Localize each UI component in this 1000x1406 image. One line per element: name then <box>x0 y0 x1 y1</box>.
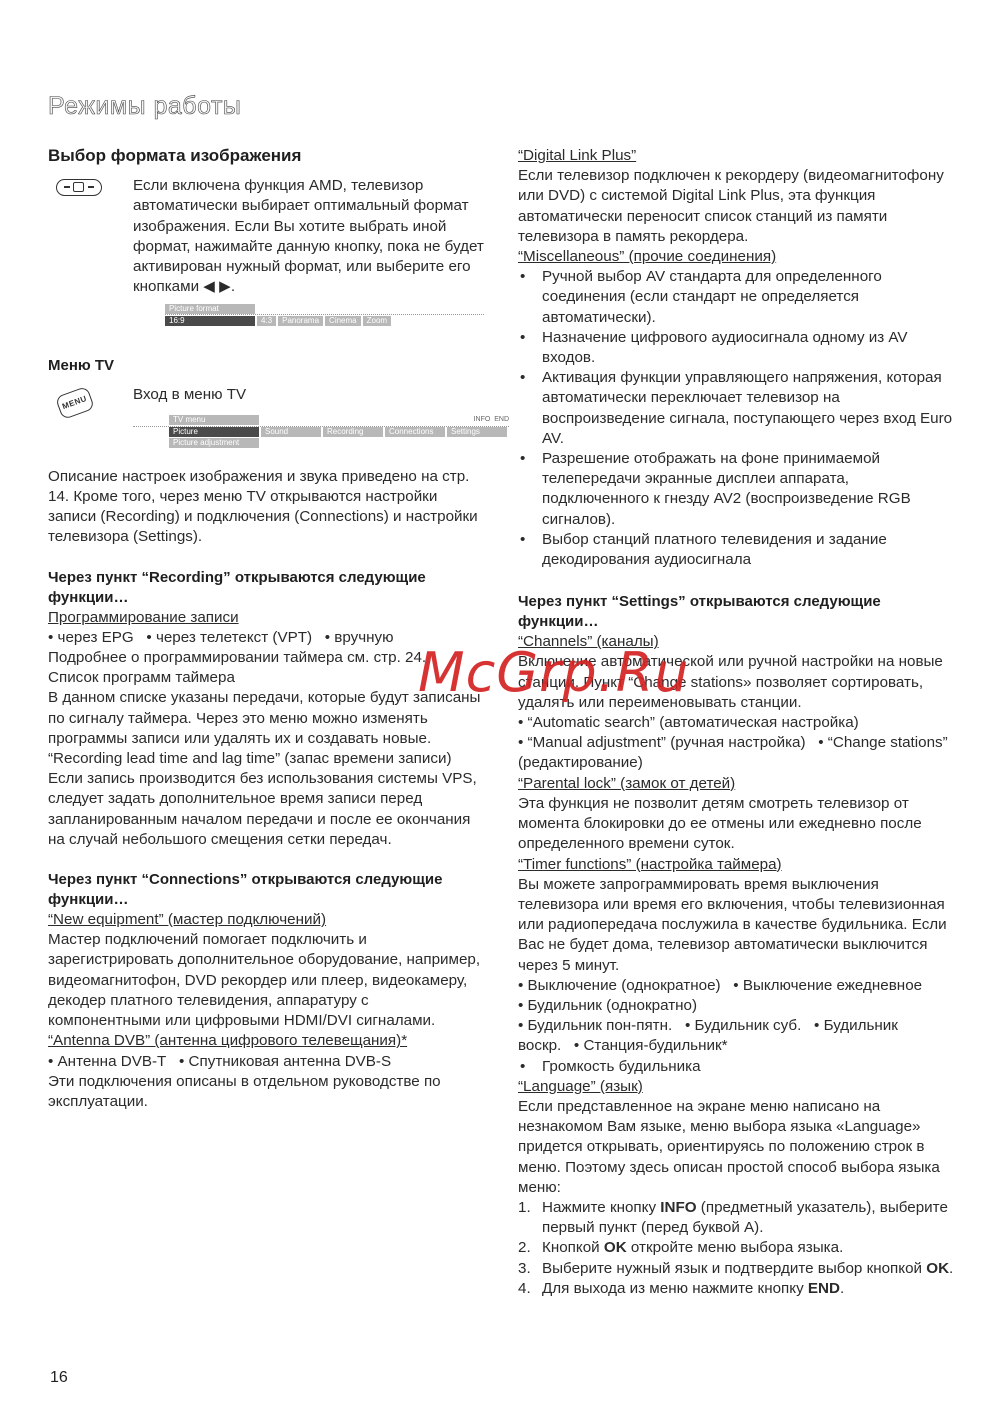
antenna-text: Эти подключения описаны в отдельном руко… <box>48 1072 484 1112</box>
key-name: OK <box>604 1239 627 1256</box>
timer-item: Выключение ежедневное <box>733 977 922 994</box>
osd-menu-tab: Settings <box>447 427 507 437</box>
tv-menu-description: Описание настроек изображения и звука пр… <box>48 467 484 548</box>
timer-item: Выключение (однократное) <box>518 977 721 994</box>
tv-menu-heading: Меню TV <box>48 356 484 376</box>
tv-menu-block: MENU Вход в меню TV TV menu INFO END Pic… <box>48 385 484 449</box>
new-equipment-title: “New equipment” (мастер подключений) <box>48 910 484 930</box>
misc-list: Ручной выбор AV стандарта для определенн… <box>518 267 958 570</box>
key-name: OK <box>926 1260 949 1277</box>
osd-format-option: 16:9 <box>165 316 255 326</box>
antenna-item: Спутниковая антенна DVB-S <box>179 1053 391 1070</box>
digital-link-title: “Digital Link Plus” <box>518 146 958 166</box>
osd-menu-tab: Sound <box>261 427 321 437</box>
parental-text: Эта функция не позволит детям смотреть т… <box>518 794 958 855</box>
misc-item: Ручной выбор AV стандарта для определенн… <box>518 267 958 328</box>
picture-format-osd: Picture format 16:94:3PanoramaCinemaZoom <box>165 303 484 326</box>
lead-lag-title: “Recording lead time and lag time” (запа… <box>48 749 484 769</box>
timer-title: “Timer functions” (настройка таймера) <box>518 855 958 875</box>
misc-title: “Miscellaneous” (прочие соединения) <box>518 247 958 267</box>
digital-link-text: Если телевизор подключен к рекордеру (ви… <box>518 166 958 247</box>
recording-heading: Через пункт “Recording” открываются след… <box>48 568 484 608</box>
step-number: 2. <box>518 1238 531 1258</box>
tv-menu-text: Вход в меню TV <box>133 385 509 405</box>
language-step: 3.Выберите нужный язык и подтвердите выб… <box>518 1259 958 1279</box>
timer-row-2: Будильник (однократно) <box>518 996 958 1016</box>
picture-format-button-icon <box>56 179 102 196</box>
osd-info-hint: INFO <box>474 416 491 423</box>
parental-title: “Parental lock” (замок от детей) <box>518 774 958 794</box>
page-title: Режимы работы <box>48 92 241 121</box>
osd-title: Picture format <box>165 304 255 314</box>
watermark: McGrp.Ru <box>418 641 690 704</box>
osd-title: TV menu <box>169 415 259 425</box>
recording-method: через телетекст (VPT) <box>146 629 312 646</box>
recording-method: через EPG <box>48 629 134 646</box>
key-name: INFO <box>660 1199 696 1216</box>
misc-item: Назначение цифрового аудиосигнала одному… <box>518 328 958 368</box>
osd-menu-tab: Picture <box>169 427 259 437</box>
timer-item: Станция-будильник* <box>574 1037 728 1054</box>
timer-text: Вы можете запрограммировать время выключ… <box>518 875 958 976</box>
channels-item-2-3: “Manual adjustment” (ручная настройка) “… <box>518 733 958 773</box>
language-step: 1.Нажмите кнопку INFO (предметный указат… <box>518 1198 958 1238</box>
new-equipment-text: Мастер подключений помогает подключить и… <box>48 930 484 1031</box>
language-text: Если представленное на экране меню напис… <box>518 1097 958 1198</box>
key-name: END <box>808 1280 840 1297</box>
timer-item: Будильник пон-пятн. <box>518 1017 672 1034</box>
lead-lag-text: Если запись производится без использован… <box>48 769 484 850</box>
left-column: Выбор формата изображения Если включена … <box>48 146 484 1112</box>
right-column: “Digital Link Plus” Если телевизор подкл… <box>518 146 958 1299</box>
misc-item: Выбор станций платного телевидения и зад… <box>518 530 958 570</box>
timer-item: Будильник (однократно) <box>518 997 697 1014</box>
timer-row-1: Выключение (однократное) Выключение ежед… <box>518 976 958 996</box>
connections-heading: Через пункт “Connections” открываются сл… <box>48 870 484 910</box>
language-step: 4.Для выхода из меню нажмите кнопку END. <box>518 1279 958 1299</box>
osd-menu-tab: Connections <box>385 427 445 437</box>
antenna-dvb-title: “Antenna DVB” (антенна цифрового телевещ… <box>48 1031 484 1051</box>
settings-heading: Через пункт “Settings” открываются следу… <box>518 592 958 632</box>
osd-format-option: Zoom <box>363 316 391 326</box>
timer-row-4: Громкость будильника <box>518 1057 958 1077</box>
osd-format-option: Cinema <box>325 316 361 326</box>
step-number: 3. <box>518 1259 531 1279</box>
language-step: 2.Кнопкой OK откройте меню выбора языка. <box>518 1238 958 1258</box>
osd-format-option: Panorama <box>278 316 323 326</box>
step-number: 1. <box>518 1198 531 1218</box>
osd-sub-item: Picture adjustment <box>169 438 259 448</box>
osd-format-option: 4:3 <box>257 316 276 326</box>
misc-item: Активация функции управляющего напряжени… <box>518 368 958 449</box>
format-heading: Выбор формата изображения <box>48 146 484 166</box>
osd-menu-tab: Recording <box>323 427 383 437</box>
format-text: Если включена функция AMD, телевизор авт… <box>133 176 484 297</box>
misc-item: Разрешение отображать на фоне принимаемо… <box>518 449 958 530</box>
timer-row-3: Будильник пон-пятн. Будильник суб. Будил… <box>518 1016 958 1056</box>
tv-menu-osd: TV menu INFO END PictureSoundRecordingCo… <box>133 415 509 449</box>
step-number: 4. <box>518 1279 531 1299</box>
format-block: Если включена функция AMD, телевизор авт… <box>48 176 484 326</box>
page-number: 16 <box>50 1369 68 1387</box>
antenna-item: Антенна DVB-T <box>48 1053 166 1070</box>
recording-method: вручную <box>325 629 394 646</box>
osd-end-hint: END <box>494 416 509 423</box>
recording-sub-programming: Программирование записи <box>48 608 484 628</box>
language-steps: 1.Нажмите кнопку INFO (предметный указат… <box>518 1198 958 1299</box>
menu-button-icon: MENU <box>55 386 95 420</box>
language-title: “Language” (язык) <box>518 1077 958 1097</box>
antenna-list: Антенна DVB-T Спутниковая антенна DVB-S <box>48 1052 484 1072</box>
channels-item-1: “Automatic search” (автоматическая настр… <box>518 713 958 733</box>
timer-item: Будильник суб. <box>685 1017 801 1034</box>
